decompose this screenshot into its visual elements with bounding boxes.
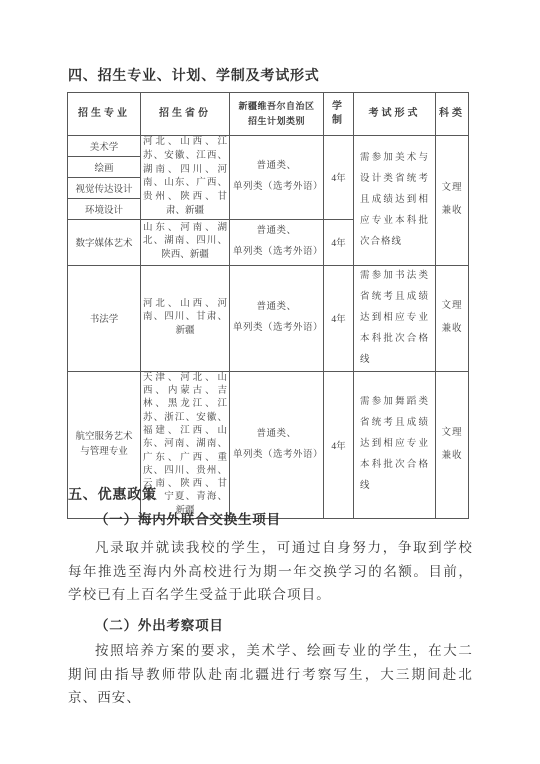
subsection-1-paragraph: 凡录取并就读我校的学生，可通过自身努力，争取到学校每年推选至海内外高校进行为期一… <box>68 536 473 607</box>
plan-category-cell: 普通类、 单列类（选考外语） <box>230 265 324 371</box>
plan-category-cell: 普通类、 单列类（选考外语） <box>230 136 324 220</box>
table-row: 书法学 河北、山西、河南、四川、甘肃、新疆 普通类、 单列类（选考外语） 4年 … <box>68 265 469 371</box>
major-cell: 数字媒体艺术 <box>68 219 141 265</box>
document-page: 四、招生专业、计划、学制及考试形式 招生专业 招生省份 新疆维吾尔自治区 招生计… <box>0 0 540 764</box>
table-row: 美术学 河北、山西、江苏、安徽、江西、湖南、四川、河南、山东、广西、贵州、陕西、… <box>68 136 469 157</box>
duration-cell: 4年 <box>324 136 354 220</box>
subject-type-cell: 文理兼收 <box>436 265 469 371</box>
duration-cell: 4年 <box>324 219 354 265</box>
table-header-row: 招生专业 招生省份 新疆维吾尔自治区 招生计划类别 学制 考试形式 科类 <box>68 93 469 136</box>
header-exam-form: 考试形式 <box>354 93 436 136</box>
provinces-cell: 河北、山西、江苏、安徽、江西、湖南、四川、河南、山东、广西、贵州、陕西、甘肃、新… <box>141 136 230 220</box>
section-4-title: 四、招生专业、计划、学制及考试形式 <box>68 68 488 86</box>
major-cell: 视觉传达设计 <box>68 177 141 198</box>
subsection-2-paragraph: 按照培养方案的要求，美术学、绘画专业的学生，在大二期间由指导教师带队赴南北疆进行… <box>68 639 473 710</box>
major-cell: 美术学 <box>68 136 141 157</box>
provinces-cell: 河北、山西、河南、四川、甘肃、新疆 <box>141 265 230 371</box>
major-cell: 环境设计 <box>68 198 141 219</box>
header-duration: 学制 <box>324 93 354 136</box>
header-xinjiang-plan-category: 新疆维吾尔自治区 招生计划类别 <box>230 93 324 136</box>
duration-cell: 4年 <box>324 265 354 371</box>
plan-category-cell: 普通类、 单列类（选考外语） <box>230 219 324 265</box>
header-major: 招生专业 <box>68 93 141 136</box>
subject-type-cell: 文理兼收 <box>436 136 469 266</box>
provinces-cell: 山东、河南、湖北、湖南、四川、陕西、新疆 <box>141 219 230 265</box>
exam-form-cell: 需参加书法类省统考且成绩达到相应专业本科批次合格线 <box>354 265 436 371</box>
major-cell: 书法学 <box>68 265 141 371</box>
exam-form-cell: 需参加美术与设计类省统考且成绩达到相应专业本科批次合格线 <box>354 136 436 266</box>
major-cell: 绘画 <box>68 156 141 177</box>
subsection-1-title: （一）海内外联合交换生项目 <box>68 511 473 528</box>
header-subject-type: 科类 <box>436 93 469 136</box>
subsection-2-title: （二）外出考察项目 <box>68 617 473 634</box>
admissions-table: 招生专业 招生省份 新疆维吾尔自治区 招生计划类别 学制 考试形式 科类 美术学… <box>67 92 469 519</box>
section-5-title: 五、优惠政策 <box>68 487 488 505</box>
header-provinces: 招生省份 <box>141 93 230 136</box>
